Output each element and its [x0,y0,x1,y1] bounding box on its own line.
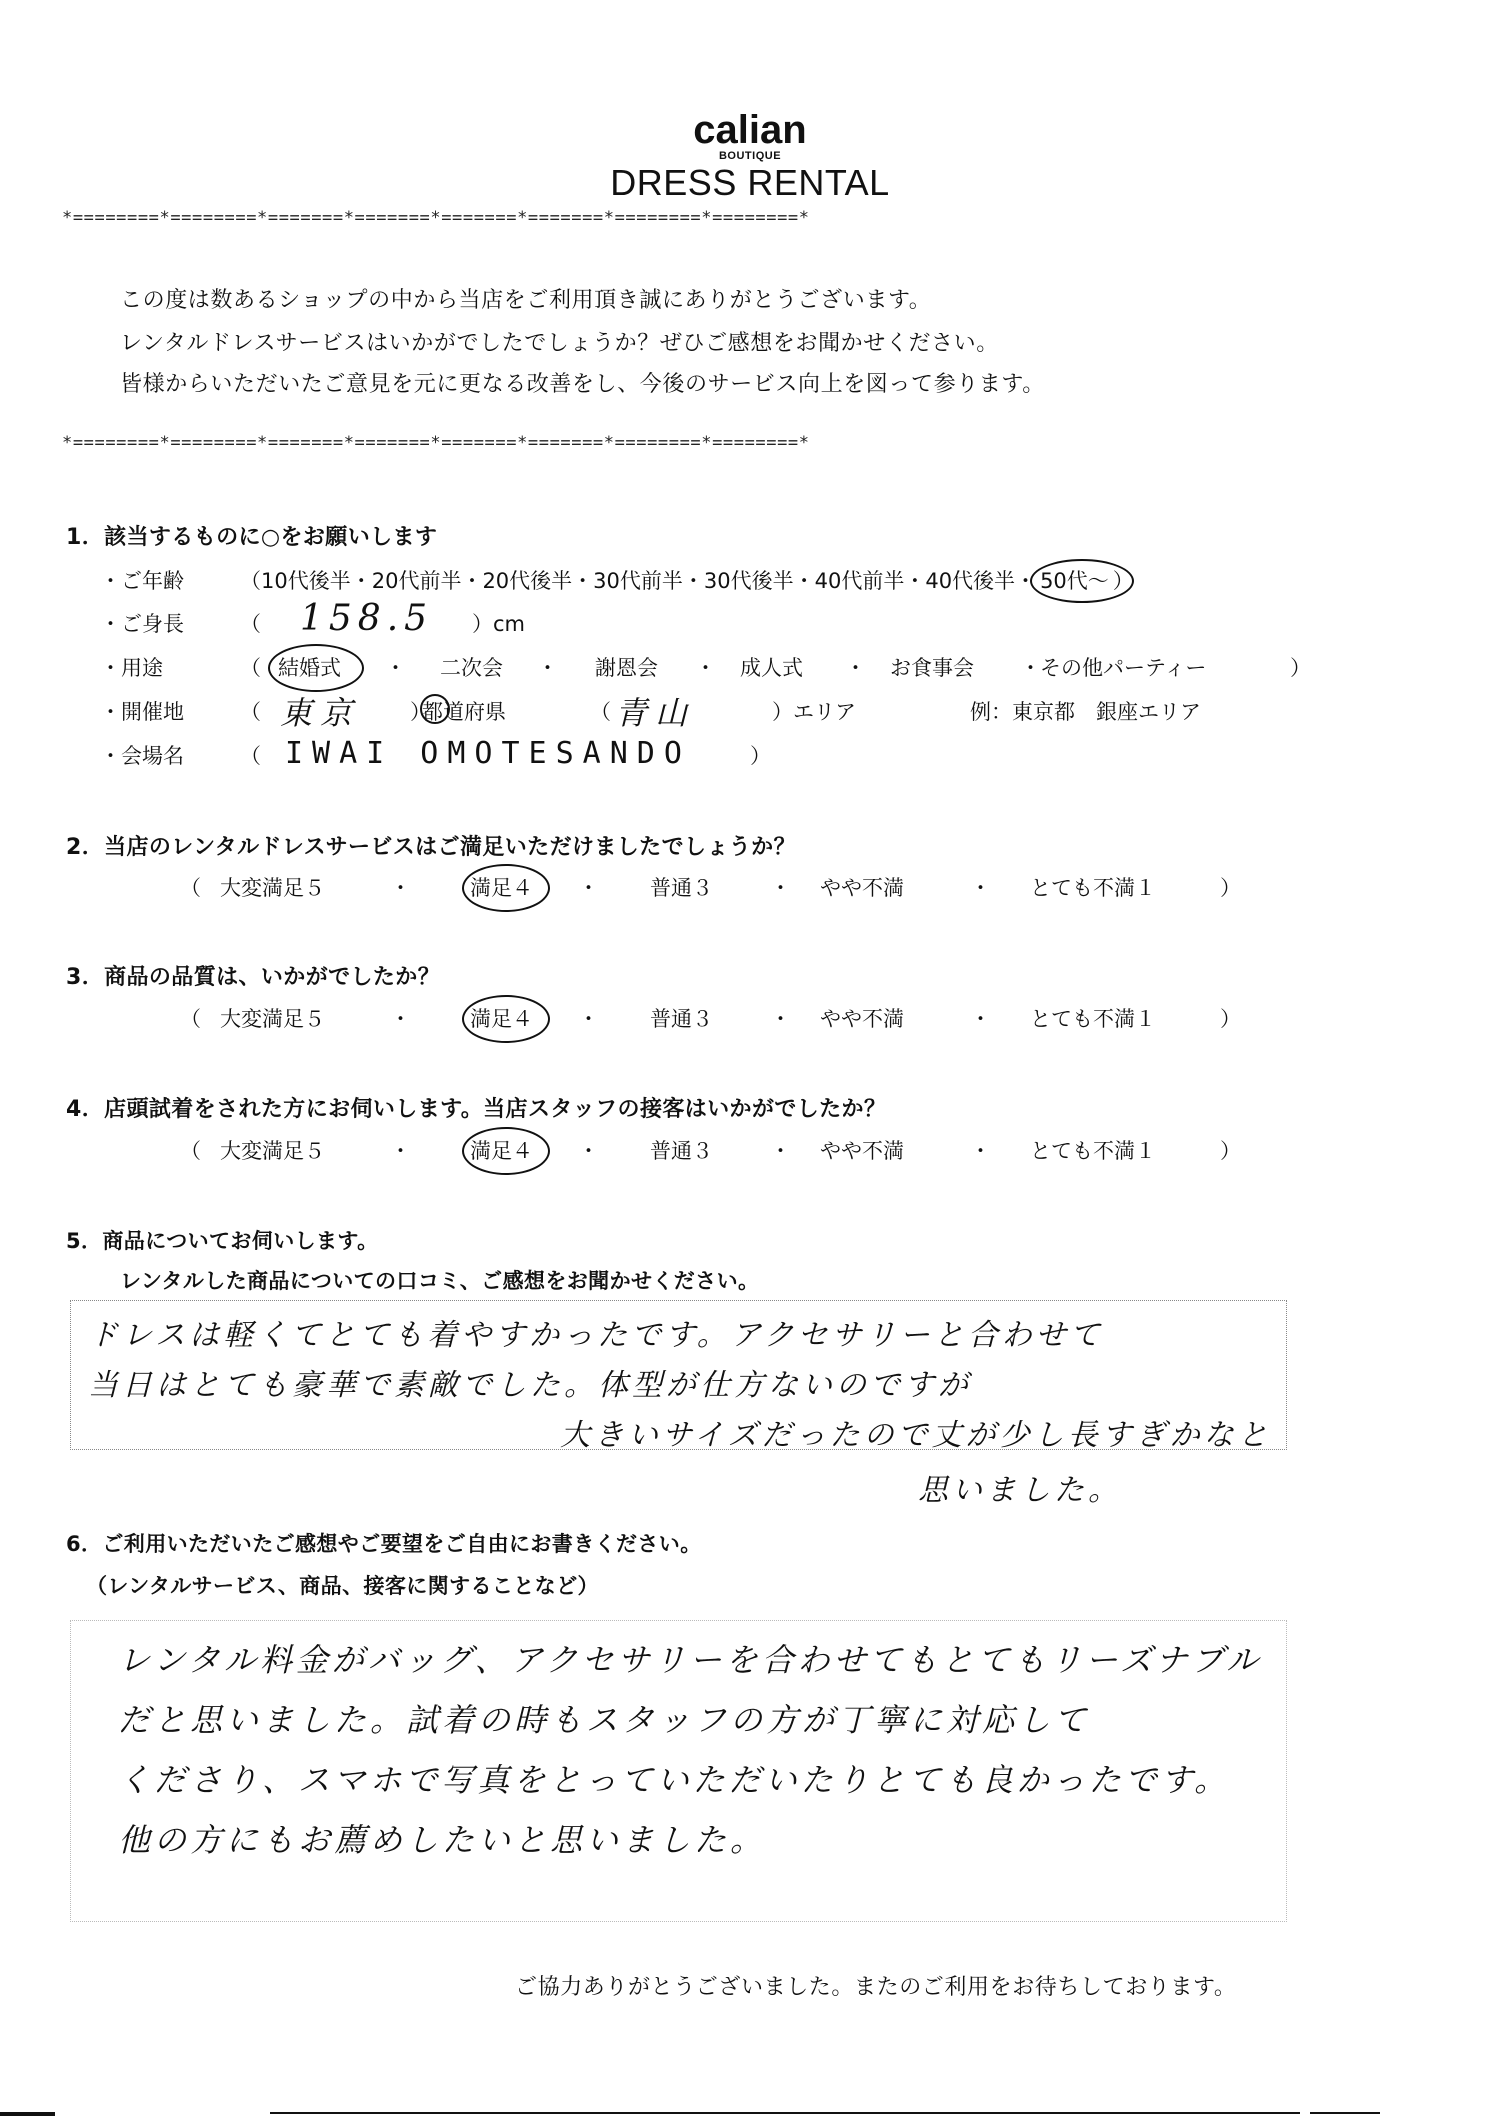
height-value[interactable]: 158.5 [300,598,433,639]
area-close: ）エリア [772,696,856,726]
option-neutral[interactable]: 普通３ [650,1003,713,1033]
intro-line-2: レンタルドレスサービスはいかがでしたでしょうか？ぜひご感想をお聞かせください。 [120,326,999,357]
q6-answer-line-2: だと思いました。試着の時もスタッフの方が丁寧に対応して [118,1695,1090,1741]
brand-subtitle: BOUTIQUE [0,150,1500,162]
separator: ・ [390,1003,411,1033]
option-somewhat-dissatisfied[interactable]: やや不満 [820,1135,904,1165]
selection-circle [462,864,550,912]
bottom-rule-end [1310,2112,1380,2114]
selection-circle [420,694,450,724]
location-open: （ [240,696,261,726]
age-options-list: （10代後半・20代前半・20代後半・30代前半・30代後半・40代前半・40代… [240,569,1036,593]
q1-height-row: ・ご身長 （ 158.5 ）cm [100,608,1400,648]
height-label: ・ご身長 [100,608,184,638]
age-label: ・ご年齢 [100,565,184,595]
area-open: （ [590,696,611,726]
location-label: ・開催地 [100,696,184,726]
purpose-label: ・用途 [100,652,163,682]
purpose-option-coming-of-age[interactable]: 成人式 [740,652,803,682]
separator: ・ [578,1003,599,1033]
q3-title: 3．商品の品質は、いかがでしたか？ [66,960,440,991]
age-options: （10代後半・20代前半・20代後半・30代前半・30代後半・40代前半・40代… [240,565,1134,595]
closing-message: ご協力ありがとうございました。またのご利用をお待ちしております。 [515,1970,1236,2001]
divider-bottom: *========*========*=======*=======*=====… [62,433,1362,453]
separator: ・ [390,1135,411,1165]
selection-circle [1030,559,1134,603]
q1-venue-row: ・会場名 （ IWAI OMOTESANDO ） [100,740,1400,780]
separator: ・ [970,1135,991,1165]
bottom-rule [270,2112,1300,2114]
intro-line-3: 皆様からいただいたご意見を元に更なる改善をし、今後のサービス向上を図って参ります… [120,367,1045,398]
separator: ・ [970,1003,991,1033]
paren-open: （ [180,1135,201,1165]
divider-top: *========*========*=======*=======*=====… [62,208,1362,228]
option-very-dissatisfied[interactable]: とても不満１ [1030,1135,1156,1165]
q6-subtitle: （レンタルサービス、商品、接客に関することなど） [86,1570,599,1600]
option-somewhat-dissatisfied[interactable]: やや不満 [820,872,904,902]
q5-answer-line-3: 大きいサイズだったので丈が少し長すぎかなと [560,1410,1272,1454]
q4-title: 4．店頭試着をされた方にお伺いします。当店スタッフの接客はいかがでしたか？ [66,1092,886,1123]
option-very-satisfied[interactable]: 大変満足５ [220,872,325,902]
option-neutral[interactable]: 普通３ [650,1135,713,1165]
paren-close: ） [1220,1135,1241,1165]
option-satisfied[interactable]: 満足４ [470,1003,533,1033]
height-unit: ）cm [472,608,525,638]
separator: ・ [770,1135,791,1165]
age-option-selected[interactable]: 50代〜 [1036,565,1113,595]
page-title: DRESS RENTAL [0,162,1500,204]
separator: ・ [970,872,991,902]
separator: ・ [578,1135,599,1165]
intro-line-1: この度は数あるショップの中から当店をご利用頂き誠にありがとうございます。 [120,283,931,314]
option-very-dissatisfied[interactable]: とても不満１ [1030,1003,1156,1033]
prefecture-type-options: 都道府県 [422,696,506,726]
q5-title: 5．商品についてお伺いします。 [66,1225,379,1255]
q4-rating-options: （ 大変満足５ ・ 満足４ ・ 普通３ ・ やや不満 ・ とても不満１ ） [180,1135,1280,1169]
q5-answer-line-2: 当日はとても豪華で素敵でした。体型が仕方ないのですが [88,1360,972,1404]
option-very-dissatisfied[interactable]: とても不満１ [1030,872,1156,902]
venue-value[interactable]: IWAI OMOTESANDO [285,736,691,771]
purpose-close: ） [1290,652,1311,682]
q5-answer-line-4: 思いました。 [918,1465,1122,1509]
height-open: （ [240,608,261,638]
selection-circle [462,995,550,1043]
q2-title: 2．当店のレンタルドレスサービスはご満足いただけましたでしょうか？ [66,830,796,861]
q1-title: 1．該当するものに○をお願いします [66,520,437,551]
purpose-option-other[interactable]: その他パーティー [1040,652,1206,682]
q3-rating-options: （ 大変満足５ ・ 満足４ ・ 普通３ ・ やや不満 ・ とても不満１ ） [180,1003,1280,1037]
option-satisfied[interactable]: 満足４ [470,872,533,902]
q2-rating-options: （ 大変満足５ ・ 満足４ ・ 普通３ ・ やや不満 ・ とても不満１ ） [180,872,1280,906]
brand-logo: calian [0,108,1500,153]
paren-open: （ [180,1003,201,1033]
paren-open: （ [180,872,201,902]
paren-close: ） [1220,872,1241,902]
option-very-satisfied[interactable]: 大変満足５ [220,1003,325,1033]
area-value[interactable]: 青山 [615,688,695,734]
separator: ・ [770,872,791,902]
separator: ・ [578,872,599,902]
option-satisfied[interactable]: 満足４ [470,1135,533,1165]
purpose-option-thankyou[interactable]: 謝恩会 [595,652,658,682]
purpose-open: （ [240,652,261,682]
purpose-option-wedding[interactable]: 結婚式 [278,652,341,682]
purpose-option-afterparty[interactable]: 二次会 [440,652,503,682]
q6-answer-line-3: くださり、スマホで写真をとっていただいたりとても良かったです。 [118,1755,1230,1801]
venue-label: ・会場名 [100,740,184,770]
separator: ・ [390,872,411,902]
q1-purpose-row: ・用途 （ 結婚式 ・ 二次会 ・ 謝恩会 ・ 成人式 ・ お食事会 ・ その他… [100,652,1400,682]
q5-subtitle: レンタルした商品についての口コミ、ご感想をお聞かせください。 [120,1265,759,1295]
purpose-option-dinner[interactable]: お食事会 [890,652,974,682]
q6-answer-line-4: 他の方にもお薦めしたいと思いました。 [118,1815,766,1861]
option-neutral[interactable]: 普通３ [650,872,713,902]
q1-location-row: ・開催地 （ 東京 ） 都道府県 （ 青山 ）エリア 例：東京都 銀座エリア [100,696,1400,736]
separator: ・ [770,1003,791,1033]
q5-answer-line-1: ドレスは軽くてとても着やすかったです。アクセサリーと合わせて [88,1310,1104,1354]
selection-circle [268,644,364,692]
selection-circle [462,1127,550,1175]
q6-answer-line-1: レンタル料金がバッグ、アクセサリーを合わせてもとてもリーズナブル [118,1635,1262,1681]
paren-close: ） [1220,1003,1241,1033]
location-example: 例：東京都 銀座エリア [970,696,1201,726]
venue-open: （ [240,740,261,770]
option-very-satisfied[interactable]: 大変満足５ [220,1135,325,1165]
scan-edge-mark [0,2112,55,2116]
prefecture-value[interactable]: 東京 [280,688,360,734]
q1-age-row: ・ご年齢 （10代後半・20代前半・20代後半・30代前半・30代後半・40代前… [100,565,1400,595]
venue-close: ） [750,740,771,770]
option-somewhat-dissatisfied[interactable]: やや不満 [820,1003,904,1033]
q6-title: 6．ご利用いただいたご感想やご要望をご自由にお書きください。 [66,1528,702,1558]
